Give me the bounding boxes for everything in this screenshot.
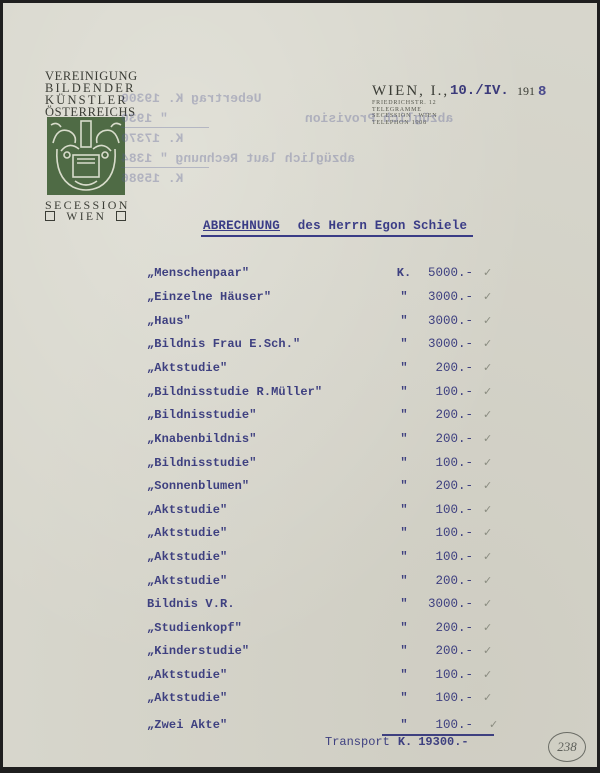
amount: 100.- <box>435 668 473 682</box>
list-item: „Bildnisstudie""100.-✓ <box>3 456 600 472</box>
check-mark-icon: ✓ <box>483 597 492 611</box>
currency: " <box>396 456 412 470</box>
artwork-title: „Aktstudie" <box>147 361 227 375</box>
amount: 3000.- <box>428 290 473 304</box>
artwork-title: „Bildnisstudie" <box>147 456 257 470</box>
amount: 100.- <box>435 550 473 564</box>
currency: " <box>396 718 412 732</box>
amount: 100.- <box>435 503 473 517</box>
check-mark-icon: ✓ <box>483 574 492 588</box>
currency: " <box>396 621 412 635</box>
bleed-through-rule <box>121 127 209 128</box>
document-page: VEREINIGUNG BILDENDER KÜNSTLER ÖSTERREIC… <box>3 3 597 767</box>
currency: " <box>396 574 412 588</box>
transport-total: TransportK.19300.- <box>325 735 469 749</box>
artwork-title: „Studienkopf" <box>147 621 242 635</box>
currency: " <box>396 668 412 682</box>
artwork-title: „Aktstudie" <box>147 526 227 540</box>
bleed-through-text: Uebertrag K. 19300 <box>121 91 261 106</box>
amount: 3000.- <box>428 314 473 328</box>
list-item: „Haus""3000.-✓ <box>3 314 600 330</box>
amount: 200.- <box>435 644 473 658</box>
currency: " <box>396 691 412 705</box>
currency: " <box>396 432 412 446</box>
list-item: „Aktstudie""100.-✓ <box>3 503 600 519</box>
list-item: „Aktstudie""100.-✓ <box>3 691 600 707</box>
amount: 3000.- <box>428 597 473 611</box>
page-number-circled: 238 <box>548 732 586 762</box>
year-typed: 8 <box>538 84 546 100</box>
list-item: „Bildnis Frau E.Sch.""3000.-✓ <box>3 337 600 353</box>
amount: 3000.- <box>428 337 473 351</box>
list-item: „Aktstudie""100.-✓ <box>3 668 600 684</box>
artwork-title: „Bildnisstudie R.Müller" <box>147 385 322 399</box>
amount: 5000.- <box>428 266 473 280</box>
amount: 200.- <box>435 574 473 588</box>
check-mark-icon: ✓ <box>483 408 492 422</box>
title-underline <box>201 235 473 237</box>
artwork-title: „Menschenpaar" <box>147 266 249 280</box>
amount: 100.- <box>435 718 473 732</box>
amount: 200.- <box>435 361 473 375</box>
transport-label: Transport <box>325 735 390 749</box>
list-item: „Aktstudie""100.-✓ <box>3 526 600 542</box>
list-item: „Aktstudie""200.-✓ <box>3 361 600 377</box>
check-mark-icon: ✓ <box>483 550 492 564</box>
check-mark-icon: ✓ <box>483 644 492 658</box>
bleed-through-text: abzüglich Provision <box>305 111 453 126</box>
artwork-title: „Kinderstudie" <box>147 644 249 658</box>
artwork-title: „Aktstudie" <box>147 503 227 517</box>
check-mark-icon: ✓ <box>483 361 492 375</box>
artwork-title: „Knabenbildnis" <box>147 432 257 446</box>
square-ornament-icon <box>45 211 55 221</box>
list-item: „Aktstudie""100.-✓ <box>3 550 600 566</box>
year: 191 8 <box>517 84 546 100</box>
bleed-through-rule <box>121 167 209 168</box>
check-mark-icon: ✓ <box>489 718 498 732</box>
list-item: „Zwei Akte""100.-✓ <box>3 718 600 734</box>
check-mark-icon: ✓ <box>483 456 492 470</box>
check-mark-icon: ✓ <box>483 385 492 399</box>
check-mark-icon: ✓ <box>483 526 492 540</box>
bleed-through-text: K. 17370 <box>121 131 183 146</box>
contact-address: FRIEDRICHSTR. 12 <box>372 100 437 107</box>
list-item: „Bildnisstudie R.Müller""100.-✓ <box>3 385 600 401</box>
bleed-through-text: K. 15986 <box>121 171 183 186</box>
artwork-title: „Aktstudie" <box>147 550 227 564</box>
list-item: „Kinderstudie""200.-✓ <box>3 644 600 660</box>
amount: 200.- <box>435 408 473 422</box>
currency: " <box>396 337 412 351</box>
currency: " <box>396 290 412 304</box>
check-mark-icon: ✓ <box>483 337 492 351</box>
currency: " <box>396 644 412 658</box>
currency: " <box>396 526 412 540</box>
artwork-title: „Aktstudie" <box>147 668 227 682</box>
artwork-title: „Aktstudie" <box>147 691 227 705</box>
artwork-title: „Haus" <box>147 314 191 328</box>
letterhead-place: WIEN, I., <box>372 83 449 100</box>
bleed-through-text: " 1930 <box>121 111 168 126</box>
secession-emblem-icon <box>47 117 125 195</box>
check-mark-icon: ✓ <box>483 503 492 517</box>
artwork-title: „Bildnis Frau E.Sch." <box>147 337 300 351</box>
check-mark-icon: ✓ <box>483 479 492 493</box>
amount: 100.- <box>435 385 473 399</box>
artwork-title: „Aktstudie" <box>147 574 227 588</box>
wien-label: WIEN <box>66 211 106 223</box>
check-mark-icon: ✓ <box>483 668 492 682</box>
artwork-title: „Sonnenblumen" <box>147 479 249 493</box>
check-mark-icon: ✓ <box>483 314 492 328</box>
list-item: „Studienkopf""200.-✓ <box>3 621 600 637</box>
title-abrechnung: ABRECHNUNG <box>203 219 280 233</box>
amount: 100.- <box>435 691 473 705</box>
currency: " <box>396 479 412 493</box>
amount: 200.- <box>435 432 473 446</box>
total-currency: K. <box>398 735 412 749</box>
year-printed: 191 <box>517 84 535 98</box>
currency: K. <box>396 266 412 280</box>
artwork-title: Bildnis V.R. <box>147 597 235 611</box>
check-mark-icon: ✓ <box>483 266 492 280</box>
list-item: „Knabenbildnis""200.-✓ <box>3 432 600 448</box>
list-item: Bildnis V.R."3000.-✓ <box>3 597 600 613</box>
list-item: „Menschenpaar"K.5000.-✓ <box>3 266 600 282</box>
total-amount: 19300.- <box>418 735 468 749</box>
artwork-title: „Einzelne Häuser" <box>147 290 271 304</box>
amount: 200.- <box>435 479 473 493</box>
list-item: „Sonnenblumen""200.-✓ <box>3 479 600 495</box>
currency: " <box>396 408 412 422</box>
currency: " <box>396 503 412 517</box>
check-mark-icon: ✓ <box>483 621 492 635</box>
letterhead-wien: WIEN <box>45 211 126 223</box>
currency: " <box>396 597 412 611</box>
title-rest: des Herrn Egon Schiele <box>298 219 467 233</box>
artwork-title: „Zwei Akte" <box>147 718 227 732</box>
square-ornament-icon <box>116 211 126 221</box>
currency: " <box>396 550 412 564</box>
amount: 100.- <box>435 526 473 540</box>
bleed-through-text: abzüglich laut Rechnung " 1384 <box>121 151 355 166</box>
check-mark-icon: ✓ <box>483 290 492 304</box>
currency: " <box>396 361 412 375</box>
check-mark-icon: ✓ <box>483 432 492 446</box>
amount: 200.- <box>435 621 473 635</box>
list-item: „Aktstudie""200.-✓ <box>3 574 600 590</box>
currency: " <box>396 385 412 399</box>
list-item: „Einzelne Häuser""3000.-✓ <box>3 290 600 306</box>
date-typed: 10./IV. <box>450 83 509 99</box>
check-mark-icon: ✓ <box>483 691 492 705</box>
currency: " <box>396 314 412 328</box>
list-item: „Bildnisstudie""200.-✓ <box>3 408 600 424</box>
amount: 100.- <box>435 456 473 470</box>
document-title: ABRECHNUNG des Herrn Egon Schiele <box>203 219 467 233</box>
artwork-title: „Bildnisstudie" <box>147 408 257 422</box>
